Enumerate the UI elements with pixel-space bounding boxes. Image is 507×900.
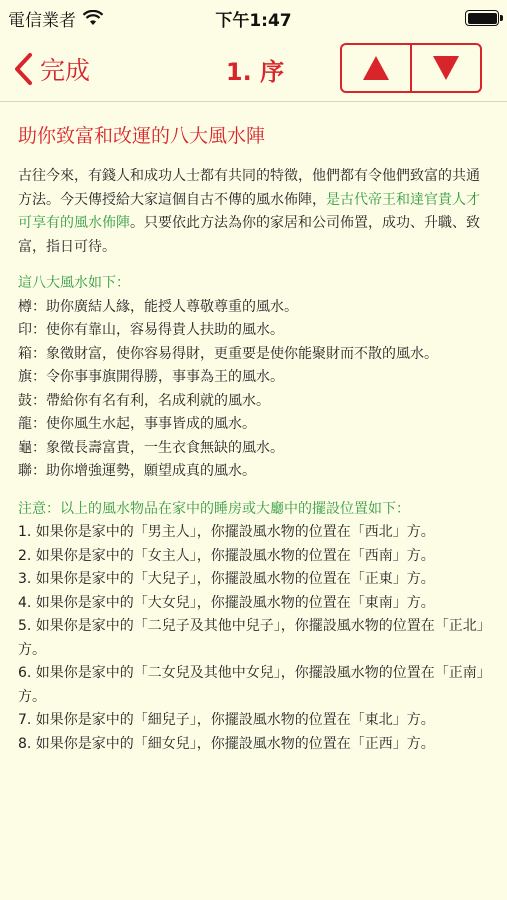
list-item: 3. 如果你是家中的「大兒子」，你擺設風水物的位置在「正東」方。	[18, 568, 492, 592]
list-item: 鼓：帶給你有名有利，名成利就的風水。	[18, 390, 492, 414]
list-item: 樽：助你廣結人緣，能授人尊敬尊重的風水。	[18, 296, 492, 320]
previous-chapter-button[interactable]	[342, 45, 410, 91]
done-back-button[interactable]: 完成	[12, 49, 90, 89]
status-bar: 電信業者 下午1:47	[0, 0, 507, 36]
positions-list: 1. 如果你是家中的「男主人」，你擺設風水物的位置在「西北」方。 2. 如果你是…	[18, 521, 492, 756]
list-item: 2. 如果你是家中的「女主人」，你擺設風水物的位置在「西南」方。	[18, 545, 492, 569]
page-title: 1. 序	[200, 52, 310, 87]
article-content: 助你致富和改運的八大風水陣 古往今來，有錢人和成功人士都有共同的特徵，他們都有令…	[18, 102, 492, 756]
back-label: 完成	[40, 51, 90, 87]
eight-heading: 這八大風水如下：	[18, 272, 492, 296]
wifi-icon	[82, 10, 104, 26]
chevron-left-icon	[12, 52, 34, 86]
nav-bar: 完成 1. 序	[0, 36, 507, 102]
next-chapter-button[interactable]	[410, 45, 480, 91]
list-item: 聯：助你增強運勢，願望成真的風水。	[18, 460, 492, 484]
triangle-up-icon	[363, 56, 389, 80]
eight-list: 樽：助你廣結人緣，能授人尊敬尊重的風水。 印：使你有靠山，容易得貴人扶助的風水。…	[18, 296, 492, 484]
list-item: 龜：象徵長壽富貴，一生衣食無缺的風水。	[18, 437, 492, 461]
list-item: 箱：象徵財富，使你容易得財，更重要是使你能聚財而不散的風水。	[18, 343, 492, 367]
intro-paragraph: 古往今來，有錢人和成功人士都有共同的特徵，他們都有令他們致富的共通方法。今天傳授…	[18, 165, 492, 259]
status-left: 電信業者	[8, 6, 104, 31]
list-item: 8. 如果你是家中的「細女兒」，你擺設風水物的位置在「正西」方。	[18, 733, 492, 757]
list-item: 5. 如果你是家中的「二兒子及其他中兒子」，你擺設風水物的位置在「正北」方。	[18, 615, 492, 662]
list-item: 4. 如果你是家中的「大女兒」，你擺設風水物的位置在「東南」方。	[18, 592, 492, 616]
list-item: 印：使你有靠山，容易得貴人扶助的風水。	[18, 319, 492, 343]
carrier-label: 電信業者	[8, 6, 76, 31]
list-item: 龍：使你風生水起，事事皆成的風水。	[18, 413, 492, 437]
list-item: 7. 如果你是家中的「細兒子」，你擺設風水物的位置在「東北」方。	[18, 709, 492, 733]
article-title: 助你致富和改運的八大風水陣	[18, 122, 492, 150]
chapter-navigation	[340, 43, 482, 93]
battery-full-icon	[465, 10, 499, 26]
list-item: 旗：令你事事旗開得勝，事事為王的風水。	[18, 366, 492, 390]
list-item: 1. 如果你是家中的「男主人」，你擺設風水物的位置在「西北」方。	[18, 521, 492, 545]
list-item: 6. 如果你是家中的「二女兒及其他中女兒」，你擺設風水物的位置在「正南」方。	[18, 662, 492, 709]
note-heading: 注意：以上的風水物品在家中的睡房或大廳中的擺設位置如下：	[18, 498, 492, 522]
triangle-down-icon	[433, 56, 459, 80]
